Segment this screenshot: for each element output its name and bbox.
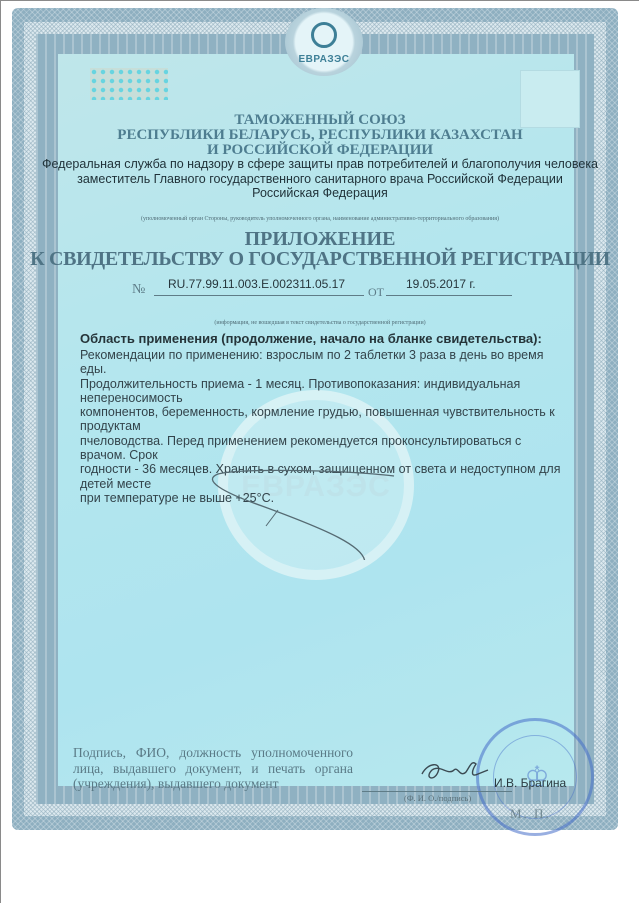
agency-line3: Российская Федерация [0,186,640,201]
z-strike-mark [182,440,422,560]
signature-line [362,791,512,792]
globe-emblem-icon [311,22,337,48]
agency-line2: заместитель Главного государственного са… [0,172,640,187]
registration-number: RU.77.99.11.003.E.002311.05.17 [168,277,345,291]
registration-date: 19.05.2017 г. [406,277,476,291]
number-label: № [132,282,145,298]
text-line: Рекомендации по применению: взрослым по … [80,348,570,377]
handwritten-signature [418,756,490,786]
number-underline [154,295,364,296]
hologram-strip [90,68,168,100]
scope-heading: Область применения (продолжение, начало … [80,331,570,347]
seal-place-label: М. П. [510,806,551,822]
signatory-note: Подпись, ФИО, должность уполномоченного … [73,745,353,792]
date-underline [386,295,512,296]
date-label: ОТ [368,285,384,300]
registration-line: № RU.77.99.11.003.E.002311.05.17 ОТ 19.0… [132,280,512,300]
text-line: компонентов, беременность, кормление гру… [80,405,570,434]
registration-caption: (информация, не вошедшая в текст свидете… [0,320,640,326]
agency-caption: (уполномоченный орган Стороны, руководит… [0,216,640,222]
logo-text: ЕВРАЗЭС [285,54,363,65]
evrazes-logo: ЕВРАЗЭС [285,8,363,76]
signer-name: И.В. Брагина [494,776,566,790]
text-line: Продолжительность приема - 1 месяц. Прот… [80,377,570,406]
document-subtitle: К СВИДЕТЕЛЬСТВУ О ГОСУДАРСТВЕННОЙ РЕГИСТ… [0,248,640,271]
agency-line1: Федеральная служба по надзору в сфере за… [0,157,640,172]
fio-caption: (Ф. И. О./подпись) [404,793,471,803]
